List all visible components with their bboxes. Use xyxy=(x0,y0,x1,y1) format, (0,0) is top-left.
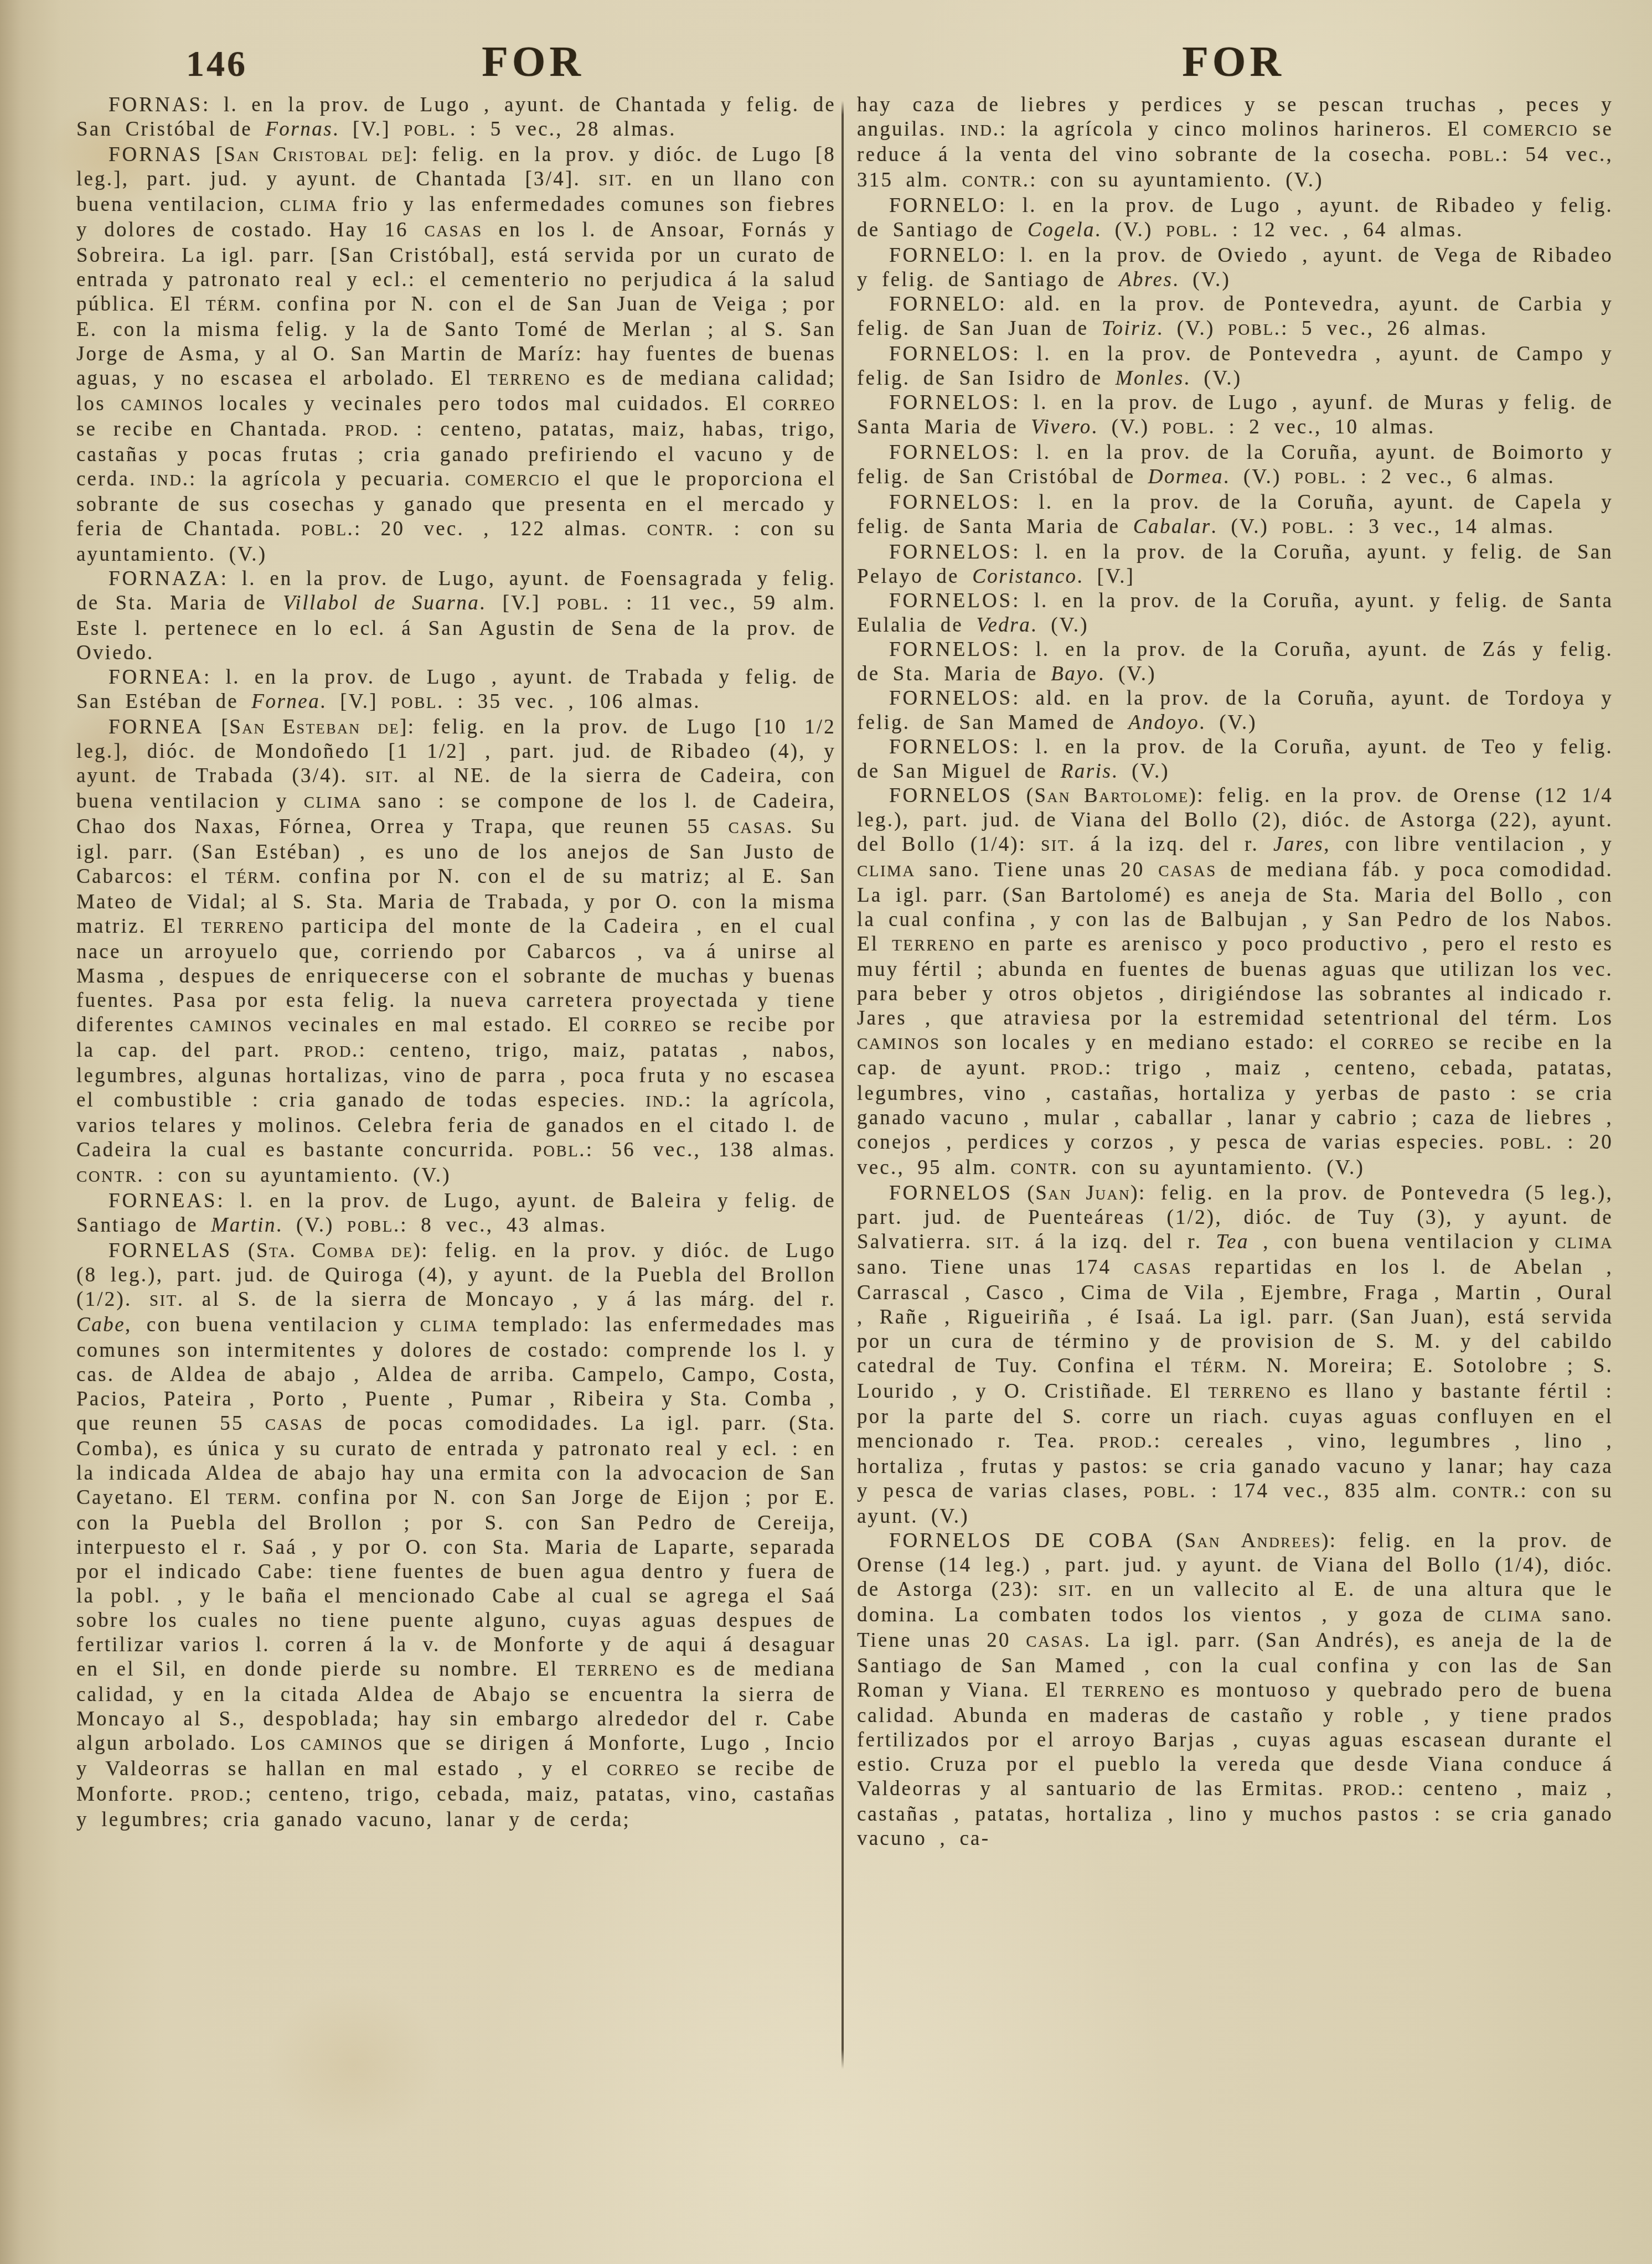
dictionary-entry: FORNELOS: l. en la prov. de la Coruña, a… xyxy=(857,735,1613,784)
dictionary-entry: FORNELOS: ald. en la prov. de la Coruña,… xyxy=(857,686,1613,735)
column-divider xyxy=(842,101,844,2069)
dictionary-entry: FORNELOS (San Juan): felig. en la prov. … xyxy=(857,1181,1613,1529)
dictionary-entry: FORNELO: l. en la prov. de Oviedo , ayun… xyxy=(857,244,1613,292)
dictionary-entry: FORNELOS: l. en la prov. de Pontevedra ,… xyxy=(857,342,1613,391)
entry-headword: FORNELOS xyxy=(889,1182,1013,1205)
entry-headword-qualifier: (San Bartolome) xyxy=(1026,784,1197,807)
entry-headword-qualifier: [San Esteban de] xyxy=(221,716,407,738)
entry-headword: FORNELOS xyxy=(889,343,1013,365)
dictionary-entry: FORNELAS (Sta. Comba de): felig. en la p… xyxy=(76,1239,836,1832)
running-head-left: FOR xyxy=(482,37,585,86)
entry-headword-qualifier: (Sta. Comba de) xyxy=(248,1239,421,1262)
dictionary-entry: FORNAS [San Cristobal de]: felig. en la … xyxy=(76,143,836,567)
running-head-right: FOR xyxy=(1182,37,1285,86)
dictionary-entry: FORNELOS: l. en la prov. de Lugo , ayunf… xyxy=(857,391,1613,441)
entry-headword: FORNAS xyxy=(109,94,203,116)
entry-headword: FORNELOS xyxy=(889,687,1013,710)
entry-headword: FORNELOS xyxy=(889,736,1013,758)
entry-headword: FORNEA xyxy=(109,666,204,689)
dictionary-entry: FORNELOS DE COBA (San Andrees): felig. e… xyxy=(857,1529,1613,1851)
entry-headword: FORNELOS xyxy=(889,541,1013,564)
entry-headword: FORNELOS xyxy=(889,441,1013,464)
entry-headword: FORNELO xyxy=(889,244,999,267)
page: 146 FOR FOR FORNAS: l. en la prov. de Lu… xyxy=(0,0,1652,2264)
entry-headword: FORNELOS xyxy=(889,638,1013,661)
dictionary-entry: FORNELO: ald. en la prov. de Pontevedra,… xyxy=(857,292,1613,342)
page-number: 146 xyxy=(186,43,247,85)
paper-stain xyxy=(238,1960,471,2170)
dictionary-entry: FORNELOS: l. en la prov. de la Coruña, a… xyxy=(857,638,1613,686)
entry-headword: FORNELOS xyxy=(889,590,1013,612)
dictionary-entry: FORNEA [San Esteban de]: felig. en la pr… xyxy=(76,715,836,1189)
entry-headword: FORNELOS DE COBA xyxy=(889,1529,1154,1552)
dictionary-entry: hay caza de liebres y perdices y se pesc… xyxy=(857,93,1613,194)
dictionary-entry: FORNELOS: l. en la prov. de la Coruña, a… xyxy=(857,441,1613,490)
text-column-right: hay caza de liebres y perdices y se pesc… xyxy=(857,93,1613,1851)
entry-headword: FORNELOS xyxy=(889,491,1013,514)
entry-headword: FORNELO xyxy=(889,293,999,316)
entry-headword: FORNELOS xyxy=(889,784,1013,807)
entry-headword: FORNELO xyxy=(889,194,999,217)
dictionary-entry: FORNEAS: l. en la prov. de Lugo, ayunt. … xyxy=(76,1189,836,1239)
dictionary-entry: FORNELOS (San Bartolome): felig. en la p… xyxy=(857,784,1613,1181)
entry-headword: FORNELAS xyxy=(109,1239,232,1262)
entry-headword-qualifier: (San Andrees) xyxy=(1176,1529,1330,1552)
dictionary-entry: FORNELO: l. en la prov. de Lugo , ayunt.… xyxy=(857,194,1613,244)
dictionary-entry: FORNELOS: l. en la prov. de la Coruña, a… xyxy=(857,589,1613,638)
dictionary-entry: FORNAZA: l. en la prov. de Lugo, ayunt. … xyxy=(76,567,836,665)
entry-headword-qualifier: [San Cristobal de] xyxy=(215,143,411,166)
entry-headword: FORNEAS xyxy=(109,1190,218,1212)
dictionary-entry: FORNELOS: l. en la prov. de la Coruña, a… xyxy=(857,490,1613,540)
text-column-left: FORNAS: l. en la prov. de Lugo , ayunt. … xyxy=(76,93,836,1832)
dictionary-entry: FORNAS: l. en la prov. de Lugo , ayunt. … xyxy=(76,93,836,143)
entry-headword-qualifier: (San Juan) xyxy=(1027,1182,1139,1205)
entry-headword: FORNAZA xyxy=(109,567,221,590)
entry-headword: FORNAS xyxy=(109,143,203,166)
entry-headword: FORNELOS xyxy=(889,391,1013,414)
dictionary-entry: FORNELOS: l. en la prov. de la Coruña, a… xyxy=(857,540,1613,589)
entry-headword: FORNEA xyxy=(109,716,204,738)
dictionary-entry: FORNEA: l. en la prov. de Lugo , ayunt. … xyxy=(76,665,836,715)
